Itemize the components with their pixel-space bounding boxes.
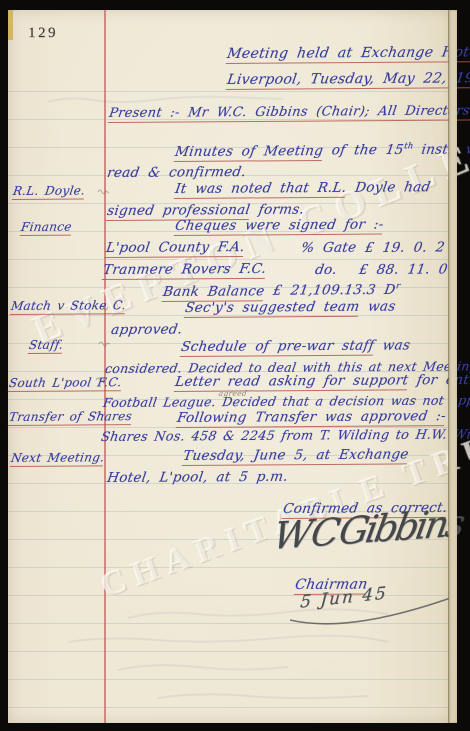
corner-sliver: [8, 10, 13, 40]
cheque-row-2-name: Tranmere Rovers F.C.: [102, 261, 268, 278]
next-meeting-line-2: Hotel, L'pool, at 5 p.m.: [106, 469, 289, 486]
page-edge-strip: [449, 10, 457, 723]
cheque-row-1-amount: £ 19. 0. 2: [364, 239, 446, 256]
stoke-line-1: Sec'y's suggested team was: [184, 299, 397, 316]
cheque-row-1-name: L'pool County F.A.: [105, 239, 246, 256]
photo-background: EVERTON COLLECTION CHARITABLE TRUST 129: [0, 0, 470, 731]
margin-note-stoke-match: Match v Stoke C.: [10, 298, 127, 313]
cheque-row-2-detail: do.: [314, 262, 338, 278]
page-number: 129: [28, 25, 58, 42]
south-lpool-line-1: Letter read asking for support for entry…: [174, 372, 470, 390]
next-meeting-line-1: Tuesday, June 5, at Exchange: [182, 446, 410, 464]
cheque-row-1-detail: % Gate: [300, 240, 358, 256]
margin-note-share-transfer: Transfer of Shares: [8, 409, 133, 424]
ledger-page: EVERTON COLLECTION CHARITABLE TRUST 129: [8, 10, 457, 723]
margin-note-staff: Staff.: [28, 338, 64, 352]
margin-note-next-meeting: Next Meeting.: [10, 450, 106, 465]
margin-note-south-lpool: South L'pool F.C.: [8, 375, 123, 390]
margin-note-finance: Finance: [20, 220, 73, 234]
share-transfer-line-1: Following Transfer was approved :-: [176, 408, 447, 426]
heading-line-1: Meeting held at Exchange Hotel,: [226, 44, 470, 62]
finance-heading: Cheques were signed for :-: [174, 217, 385, 234]
stoke-line-2: approved.: [110, 322, 184, 338]
minutes-line-1: Minutes of Meeting of the 15th inst., we…: [174, 140, 470, 160]
staff-line-1: Schedule of pre-war staff was: [180, 337, 411, 355]
margin-note-doyle: R.L. Doyle.: [12, 183, 86, 198]
bank-balance-line: Bank Balance £ 21,109.13.3 Dr: [162, 280, 401, 299]
doyle-line-1: It was noted that R.L. Doyle had: [174, 179, 432, 197]
share-transfer-line-2: Shares Nos. 458 & 2245 from T. Wilding t…: [100, 427, 470, 445]
cheque-row-2-amount: £ 88. 11. 0: [358, 261, 449, 278]
minutes-line-2: read & confirmed.: [106, 164, 247, 181]
south-lpool-line-2: Football League. Decided that a decision…: [102, 392, 470, 410]
heading-line-2: Liverpool, Tuesday, May 22, 1945: [226, 70, 470, 88]
present-line: Present :- Mr W.C. Gibbins (Chair); All …: [108, 103, 470, 121]
